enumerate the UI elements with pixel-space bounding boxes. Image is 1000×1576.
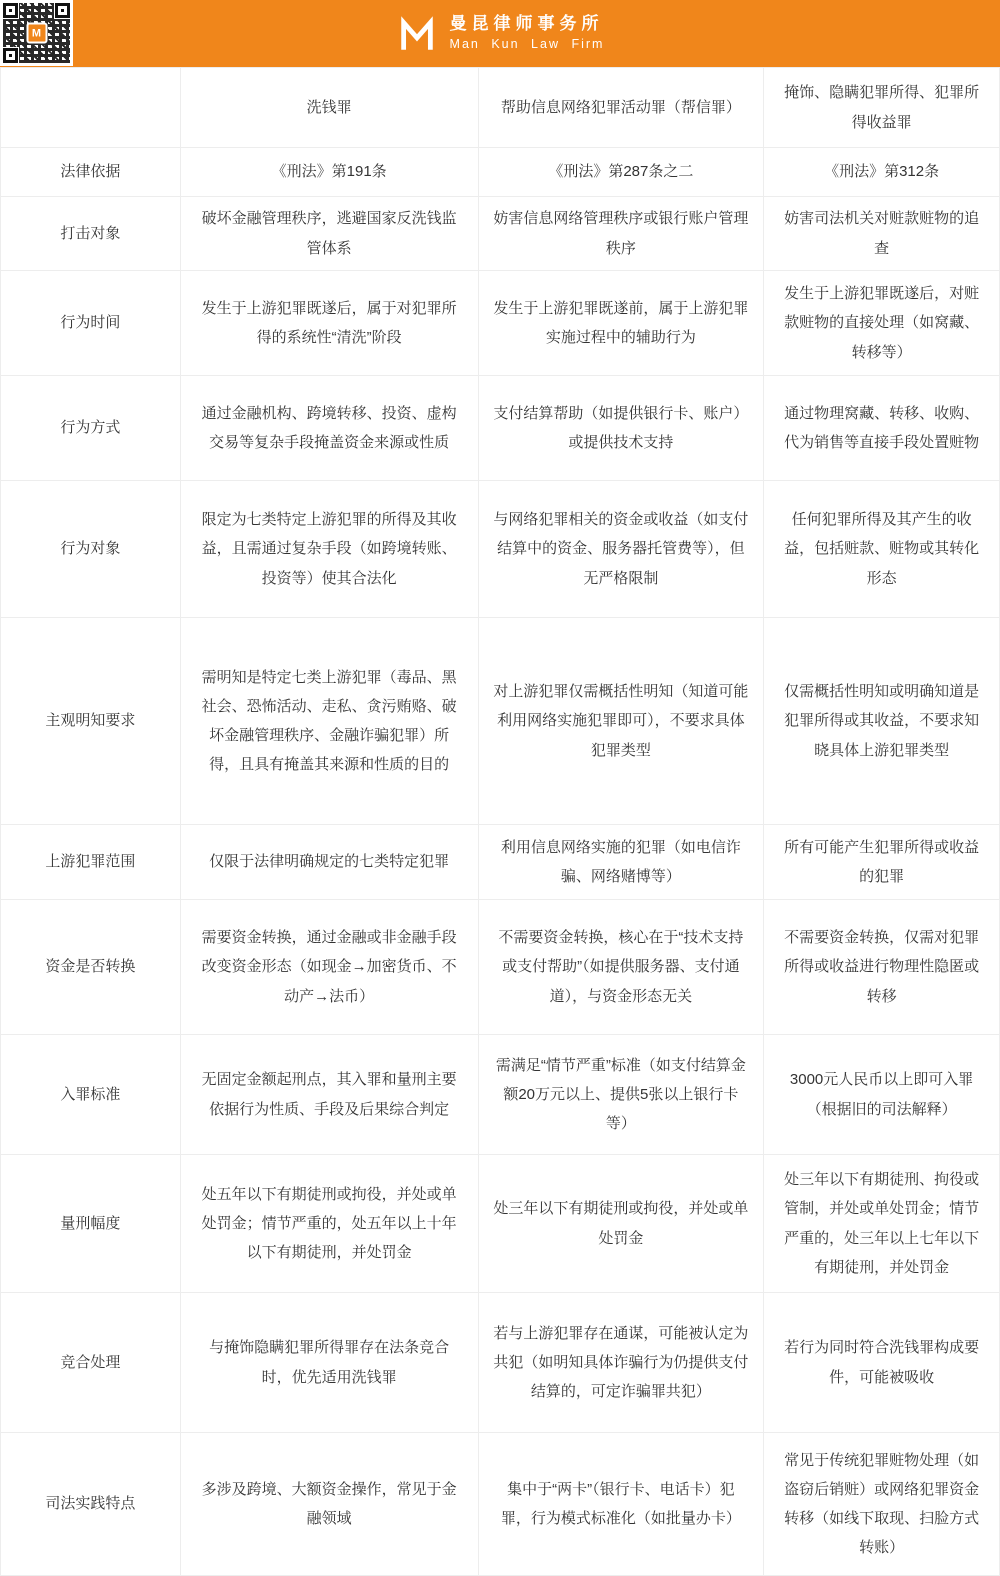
table-cell: 破坏金融管理秩序，逃避国家反洗钱监管体系 bbox=[180, 197, 478, 271]
table-row-mens-rea: 主观明知要求 需明知是特定七类上游犯罪（毒品、黑社会、恐怖活动、走私、贪污贿赂、… bbox=[1, 618, 1000, 825]
table-row-target: 打击对象 破坏金融管理秩序，逃避国家反洗钱监管体系 妨害信息网络管理秩序或银行账… bbox=[1, 197, 1000, 271]
table-cell: 与掩饰隐瞒犯罪所得罪存在法条竞合时，优先适用洗钱罪 bbox=[180, 1293, 478, 1433]
table-cell: 对上游犯罪仅需概括性明知（知道可能利用网络实施犯罪即可），不要求具体犯罪类型 bbox=[478, 618, 764, 825]
table-cell: 若与上游犯罪存在通谋，可能被认定为共犯（如明知具体诈骗行为仍提供支付结算的，可定… bbox=[478, 1293, 764, 1433]
table-row-judicial-practice: 司法实践特点 多涉及跨境、大额资金操作，常见于金融领域 集中于“两卡”（银行卡、… bbox=[1, 1433, 1000, 1576]
table-cell: 与网络犯罪相关的资金或收益（如支付结算中的资金、服务器托管费等），但无严格限制 bbox=[478, 481, 764, 618]
firm-name: 曼昆律师事务所 Man Kun Law Firm bbox=[450, 15, 605, 51]
table-cell: 集中于“两卡”（银行卡、电话卡）犯罪，行为模式标准化（如批量办卡） bbox=[478, 1433, 764, 1576]
table-cell: 任何犯罪所得及其产生的收益，包括赃款、赃物或其转化形态 bbox=[764, 481, 1000, 618]
row-label: 上游犯罪范围 bbox=[1, 825, 181, 900]
table-cell: 发生于上游犯罪既遂后，对赃款赃物的直接处理（如窝藏、转移等） bbox=[764, 271, 1000, 376]
table-cell: 所有可能产生犯罪所得或收益的犯罪 bbox=[764, 825, 1000, 900]
table-cell: 发生于上游犯罪既遂前，属于上游犯罪实施过程中的辅助行为 bbox=[478, 271, 764, 376]
table-cell: 若行为同时符合洗钱罪构成要件，可能被吸收 bbox=[764, 1293, 1000, 1433]
col-header-aiding-cybercrime: 帮助信息网络犯罪活动罪（帮信罪） bbox=[478, 68, 764, 148]
table-cell: 通过金融机构、跨境转移、投资、虚构交易等复杂手段掩盖资金来源或性质 bbox=[180, 376, 478, 481]
table-cell: 3000元人民币以上即可入罪（根据旧的司法解释） bbox=[764, 1035, 1000, 1155]
table-cell: 常见于传统犯罪赃物处理（如盗窃后销赃）或网络犯罪资金转移（如线下取现、扫脸方式转… bbox=[764, 1433, 1000, 1576]
row-label: 行为方式 bbox=[1, 376, 181, 481]
table-cell: 妨害司法机关对赃款赃物的追查 bbox=[764, 197, 1000, 271]
man-kun-m-logo-icon bbox=[396, 13, 438, 55]
table-cell: 《刑法》第312条 bbox=[764, 148, 1000, 197]
table-cell: 需要资金转换，通过金融或非金融手段改变资金形态（如现金→加密货币、不动产→法币） bbox=[180, 900, 478, 1035]
qr-center-logo-icon: M bbox=[26, 23, 47, 44]
qr-finder-top-left-icon bbox=[2, 2, 19, 19]
table-cell: 《刑法》第191条 bbox=[180, 148, 478, 197]
table-row-method: 行为方式 通过金融机构、跨境转移、投资、虚构交易等复杂手段掩盖资金来源或性质 支… bbox=[1, 376, 1000, 481]
table-cell: 需明知是特定七类上游犯罪（毒品、黑社会、恐怖活动、走私、贪污贿赂、破坏金融管理秩… bbox=[180, 618, 478, 825]
row-label: 法律依据 bbox=[1, 148, 181, 197]
qr-finder-bottom-left-icon bbox=[2, 47, 19, 64]
firm-logo-group: 曼昆律师事务所 Man Kun Law Firm bbox=[396, 13, 605, 55]
corner-cell bbox=[1, 68, 181, 148]
table-row-timing: 行为时间 发生于上游犯罪既遂后，属于对犯罪所得的系统性“清洗”阶段 发生于上游犯… bbox=[1, 271, 1000, 376]
table-cell: 《刑法》第287条之二 bbox=[478, 148, 764, 197]
row-label: 资金是否转换 bbox=[1, 900, 181, 1035]
table-cell: 多涉及跨境、大额资金操作，常见于金融领域 bbox=[180, 1433, 478, 1576]
table-row-predicate-scope: 上游犯罪范围 仅限于法律明确规定的七类特定犯罪 利用信息网络实施的犯罪（如电信诈… bbox=[1, 825, 1000, 900]
col-header-concealing-proceeds: 掩饰、隐瞒犯罪所得、犯罪所得收益罪 bbox=[764, 68, 1000, 148]
table-row-fund-conversion: 资金是否转换 需要资金转换，通过金融或非金融手段改变资金形态（如现金→加密货币、… bbox=[1, 900, 1000, 1035]
row-label: 主观明知要求 bbox=[1, 618, 181, 825]
table-row-sentencing-range: 量刑幅度 处五年以下有期徒刑或拘役，并处或单处罚金；情节严重的，处五年以上十年以… bbox=[1, 1155, 1000, 1293]
table-cell: 处三年以下有期徒刑、拘役或管制，并处或单处罚金；情节严重的，处三年以上七年以下有… bbox=[764, 1155, 1000, 1293]
row-label: 打击对象 bbox=[1, 197, 181, 271]
row-label: 司法实践特点 bbox=[1, 1433, 181, 1576]
table-cell: 限定为七类特定上游犯罪的所得及其收益，且需通过复杂手段（如跨境转账、投资等）使其… bbox=[180, 481, 478, 618]
row-label: 量刑幅度 bbox=[1, 1155, 181, 1293]
table-cell: 仅限于法律明确规定的七类特定犯罪 bbox=[180, 825, 478, 900]
col-header-money-laundering-crime: 洗钱罪 bbox=[180, 68, 478, 148]
row-label: 行为时间 bbox=[1, 271, 181, 376]
qr-finder-top-right-icon bbox=[54, 2, 71, 19]
brand-header-bar: M 曼昆律师事务所 Man Kun Law Firm bbox=[0, 0, 1000, 67]
table-cell: 支付结算帮助（如提供银行卡、账户）或提供技术支持 bbox=[478, 376, 764, 481]
firm-name-en: Man Kun Law Firm bbox=[450, 38, 605, 52]
table-cell: 处五年以下有期徒刑或拘役，并处或单处罚金；情节严重的，处五年以上十年以下有期徒刑… bbox=[180, 1155, 478, 1293]
table-row-conviction-threshold: 入罪标准 无固定金额起刑点，其入罪和量刑主要依据行为性质、手段及后果综合判定 需… bbox=[1, 1035, 1000, 1155]
table-cell: 无固定金额起刑点，其入罪和量刑主要依据行为性质、手段及后果综合判定 bbox=[180, 1035, 478, 1155]
row-label: 行为对象 bbox=[1, 481, 181, 618]
table-cell: 利用信息网络实施的犯罪（如电信诈骗、网络赌博等） bbox=[478, 825, 764, 900]
table-cell: 仅需概括性明知或明确知道是犯罪所得或其收益，不要求知晓具体上游犯罪类型 bbox=[764, 618, 1000, 825]
row-label: 入罪标准 bbox=[1, 1035, 181, 1155]
table-cell: 妨害信息网络管理秩序或银行账户管理秩序 bbox=[478, 197, 764, 271]
table-row-object: 行为对象 限定为七类特定上游犯罪的所得及其收益，且需通过复杂手段（如跨境转账、投… bbox=[1, 481, 1000, 618]
row-label: 竞合处理 bbox=[1, 1293, 181, 1433]
table-cell: 不需要资金转换，核心在于“技术支持或支付帮助”（如提供服务器、支付通道），与资金… bbox=[478, 900, 764, 1035]
table-cell: 发生于上游犯罪既遂后，属于对犯罪所得的系统性“清洗”阶段 bbox=[180, 271, 478, 376]
table-row-legal-basis: 法律依据 《刑法》第191条 《刑法》第287条之二 《刑法》第312条 bbox=[1, 148, 1000, 197]
column-header-row: 洗钱罪 帮助信息网络犯罪活动罪（帮信罪） 掩饰、隐瞒犯罪所得、犯罪所得收益罪 bbox=[1, 68, 1000, 148]
page: M 曼昆律师事务所 Man Kun Law Firm 洗钱罪 帮助信息网络犯罪活… bbox=[0, 0, 1000, 1576]
table-row-concurrence: 竞合处理 与掩饰隐瞒犯罪所得罪存在法条竞合时，优先适用洗钱罪 若与上游犯罪存在通… bbox=[1, 1293, 1000, 1433]
crime-comparison-table: 洗钱罪 帮助信息网络犯罪活动罪（帮信罪） 掩饰、隐瞒犯罪所得、犯罪所得收益罪 法… bbox=[0, 67, 1000, 1576]
table-cell: 处三年以下有期徒刑或拘役，并处或单处罚金 bbox=[478, 1155, 764, 1293]
firm-name-zh: 曼昆律师事务所 bbox=[450, 15, 605, 34]
qr-code: M bbox=[0, 0, 73, 66]
table-cell: 通过物理窝藏、转移、收购、代为销售等直接手段处置赃物 bbox=[764, 376, 1000, 481]
table-cell: 需满足“情节严重”标准（如支付结算金额20万元以上、提供5张以上银行卡等） bbox=[478, 1035, 764, 1155]
table-cell: 不需要资金转换，仅需对犯罪所得或收益进行物理性隐匿或转移 bbox=[764, 900, 1000, 1035]
